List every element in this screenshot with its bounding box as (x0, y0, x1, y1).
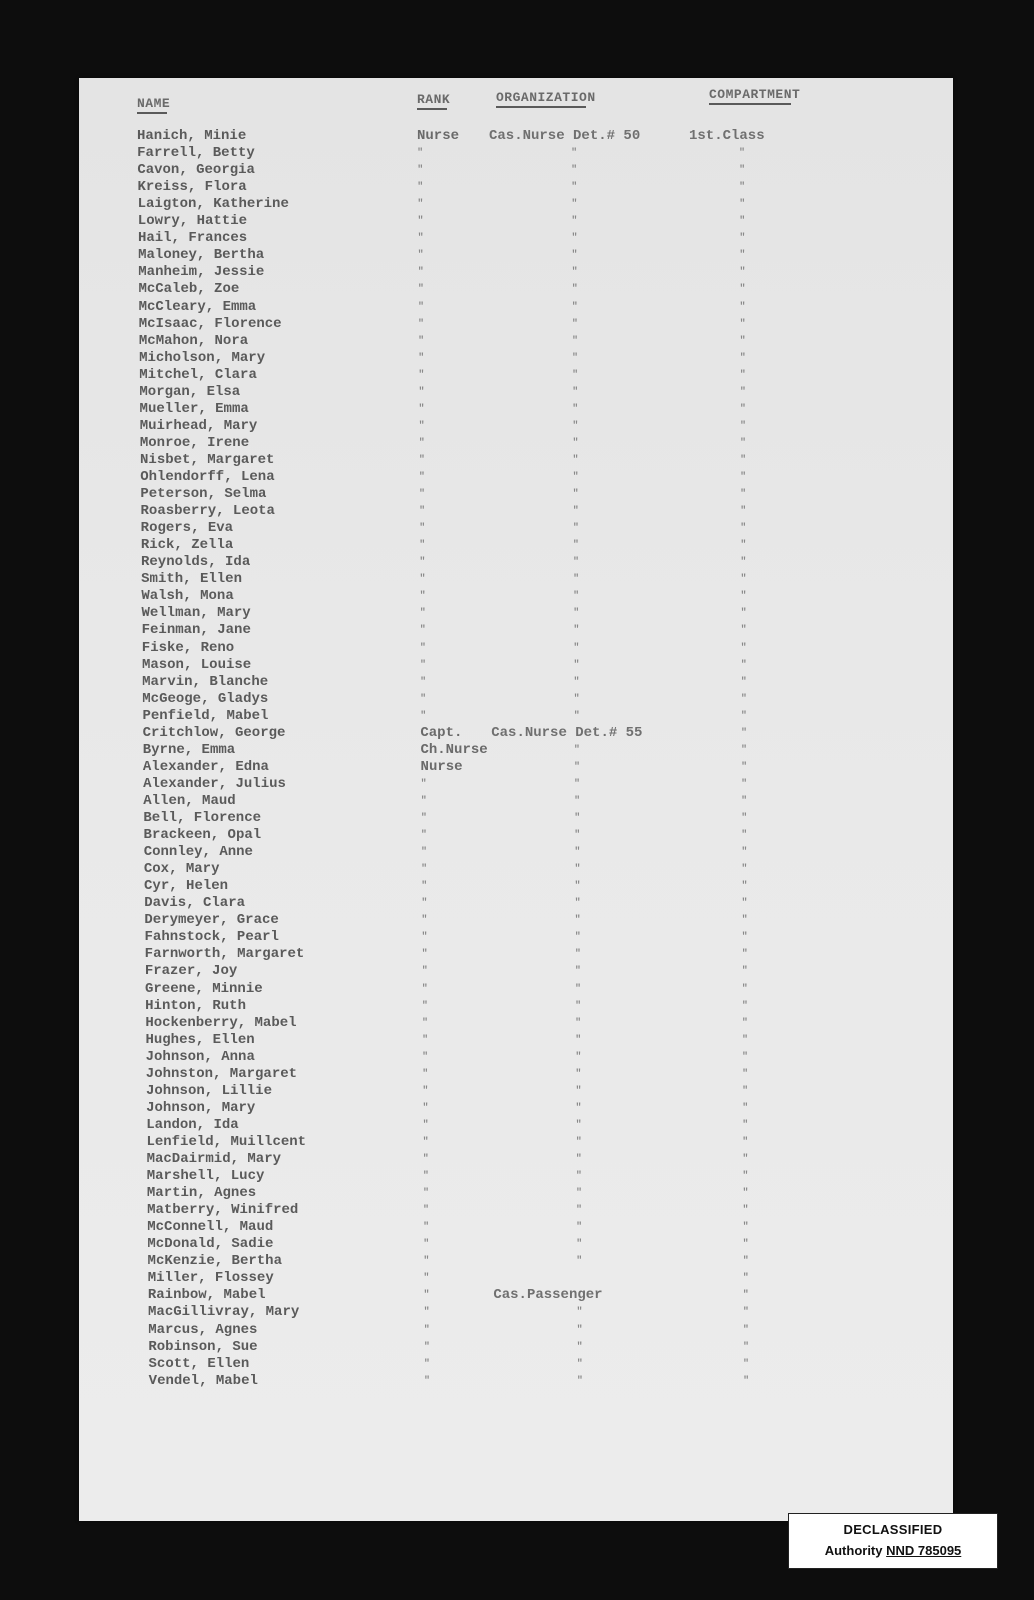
passenger-rank: " (420, 622, 426, 639)
passenger-rank: " (422, 929, 428, 946)
table-row: Marvin, Blanche""" (79, 674, 953, 691)
passenger-rank: Capt. (420, 725, 462, 742)
table-row: Marcus, Agnes""" (79, 1322, 953, 1339)
table-row: Rick, Zella""" (79, 537, 953, 554)
passenger-name: Connley, Anne (144, 844, 253, 861)
passenger-organization: " (575, 1032, 581, 1049)
passenger-organization: " (576, 1168, 582, 1185)
table-row: Mitchel, Clara""" (79, 367, 953, 384)
passenger-organization: Cas.Nurse Det.# 55 (491, 725, 642, 742)
passenger-organization: " (575, 895, 581, 912)
passenger-name: Martin, Agnes (147, 1185, 256, 1202)
passenger-organization: " (574, 776, 580, 793)
passenger-name: Mason, Louise (142, 657, 251, 674)
passenger-name: Farrell, Betty (137, 145, 255, 162)
passenger-rank: " (421, 878, 427, 895)
passenger-name: McDonald, Sadie (147, 1236, 273, 1253)
table-row: Marshell, Lucy""" (79, 1168, 953, 1185)
passenger-organization: " (573, 554, 579, 571)
passenger-compartment: " (742, 981, 748, 998)
passenger-rank: " (421, 861, 427, 878)
table-row: Mueller, Emma""" (79, 401, 953, 418)
passenger-organization: " (575, 1015, 581, 1032)
passenger-compartment: " (740, 384, 746, 401)
passenger-compartment: " (740, 486, 746, 503)
passenger-name: Rick, Zella (141, 537, 233, 554)
table-row: Wellman, Mary""" (79, 605, 953, 622)
passenger-organization: " (573, 657, 579, 674)
passenger-organization: " (574, 844, 580, 861)
passenger-rank: " (418, 264, 424, 281)
passenger-name: MacDairmid, Mary (147, 1151, 281, 1168)
passenger-organization: " (572, 264, 578, 281)
passenger-name: Wellman, Mary (141, 605, 250, 622)
passenger-name: Hughes, Ellen (145, 1032, 254, 1049)
passenger-compartment: " (739, 264, 745, 281)
passenger-organization: " (576, 1134, 582, 1151)
passenger-organization: " (571, 213, 577, 230)
passenger-compartment: " (743, 1270, 749, 1287)
passenger-organization: " (576, 1117, 582, 1134)
passenger-compartment: " (743, 1253, 749, 1270)
passenger-name: Smith, Ellen (141, 571, 242, 588)
passenger-rank: " (418, 316, 424, 333)
passenger-rank: " (422, 1066, 428, 1083)
passenger-name: Kreiss, Flora (137, 179, 246, 196)
passenger-compartment: " (743, 1373, 749, 1390)
passenger-name: Lenfield, Muillcent (146, 1134, 306, 1151)
passenger-compartment: " (740, 316, 746, 333)
table-row: McDonald, Sadie""" (79, 1236, 953, 1253)
table-row: Johnson, Anna""" (79, 1049, 953, 1066)
passenger-name: Morgan, Elsa (139, 384, 240, 401)
passenger-rank: " (424, 1287, 430, 1304)
passenger-compartment: " (739, 145, 745, 162)
table-row: Farrell, Betty""" (79, 145, 953, 162)
passenger-rank: " (422, 1100, 428, 1117)
table-row: McGeoge, Gladys""" (79, 691, 953, 708)
passenger-name: Landon, Ida (146, 1117, 238, 1134)
passenger-name: Nisbet, Margaret (140, 452, 274, 469)
passenger-compartment: " (742, 1100, 748, 1117)
table-row: Johnston, Margaret""" (79, 1066, 953, 1083)
passenger-organization: " (572, 418, 578, 435)
passenger-name: Fahnstock, Pearl (145, 929, 279, 946)
passenger-compartment: " (740, 469, 746, 486)
passenger-name: Mitchel, Clara (139, 367, 257, 384)
passenger-compartment: " (742, 1134, 748, 1151)
passenger-organization: " (576, 1236, 582, 1253)
passenger-compartment: " (742, 912, 748, 929)
passenger-compartment: " (741, 844, 747, 861)
table-row: Hughes, Ellen""" (79, 1032, 953, 1049)
passenger-name: Marvin, Blanche (142, 674, 268, 691)
passenger-compartment: " (739, 162, 745, 179)
passenger-rank: " (424, 1322, 430, 1339)
passenger-rank: " (419, 469, 425, 486)
passenger-rank: " (419, 537, 425, 554)
passenger-rank: " (419, 452, 425, 469)
passenger-organization: " (573, 640, 579, 657)
table-row: Cavon, Georgia""" (79, 162, 953, 179)
passenger-rank: " (423, 1185, 429, 1202)
table-row: McIsaac, Florence""" (79, 316, 953, 333)
table-row: Mason, Louise""" (79, 657, 953, 674)
table-row: McKenzie, Bertha""" (79, 1253, 953, 1270)
passenger-rank: " (423, 1219, 429, 1236)
passenger-rank: " (420, 657, 426, 674)
table-row: Penfield, Mabel""" (79, 708, 953, 725)
passenger-name: Johnson, Mary (146, 1100, 255, 1117)
passenger-compartment: " (743, 1356, 749, 1373)
passenger-organization: " (574, 742, 580, 759)
passenger-organization: " (576, 1219, 582, 1236)
table-row: Alexander, EdnaNurse"" (79, 759, 953, 776)
passenger-organization: Cas.Nurse Det.# 50 (489, 128, 640, 145)
passenger-name: McCleary, Emma (139, 299, 257, 316)
passenger-name: Brackeen, Opal (144, 827, 262, 844)
stamp-authority-label: Authority (825, 1543, 883, 1558)
table-row: Rogers, Eva""" (79, 520, 953, 537)
passenger-name: Feinman, Jane (142, 622, 251, 639)
passenger-compartment: " (742, 963, 748, 980)
passenger-compartment: " (739, 230, 745, 247)
passenger-organization: " (573, 503, 579, 520)
table-row: Frazer, Joy""" (79, 963, 953, 980)
table-row: Connley, Anne""" (79, 844, 953, 861)
table-row: Kreiss, Flora""" (79, 179, 953, 196)
passenger-rank: " (420, 588, 426, 605)
passenger-organization: " (577, 1339, 583, 1356)
passenger-rank: " (422, 1015, 428, 1032)
passenger-compartment: " (740, 503, 746, 520)
table-row: MacDairmid, Mary""" (79, 1151, 953, 1168)
table-row: Greene, Minnie""" (79, 981, 953, 998)
passenger-organization: " (575, 981, 581, 998)
table-row: Johnson, Lillie""" (79, 1083, 953, 1100)
header-rank: RANK (417, 92, 450, 107)
passenger-compartment: " (741, 708, 747, 725)
passenger-name: Muirhead, Mary (140, 418, 258, 435)
passenger-rank: " (418, 281, 424, 298)
passenger-organization: " (575, 878, 581, 895)
table-row: Roasberry, Leota""" (79, 503, 953, 520)
table-row: Alexander, Julius""" (79, 776, 953, 793)
passenger-compartment: " (741, 725, 747, 742)
passenger-name: Fiske, Reno (142, 640, 234, 657)
passenger-compartment: " (742, 1185, 748, 1202)
passenger-compartment: " (741, 674, 747, 691)
passenger-organization: " (573, 520, 579, 537)
passenger-name: Hanich, Minie (137, 128, 246, 145)
passenger-organization: " (572, 350, 578, 367)
table-row: Smith, Ellen""" (79, 571, 953, 588)
passenger-name: Maloney, Bertha (138, 247, 264, 264)
passenger-compartment: " (743, 1322, 749, 1339)
passenger-compartment: " (742, 1151, 748, 1168)
passenger-name: McMahon, Nora (139, 333, 248, 350)
passenger-rank: " (423, 1151, 429, 1168)
table-row: Derymeyer, Grace""" (79, 912, 953, 929)
passenger-compartment: " (741, 810, 747, 827)
passenger-rank: Nurse (417, 128, 459, 145)
passenger-rank: " (419, 571, 425, 588)
header-compartment: COMPARTMENT (709, 87, 800, 102)
passenger-rank: " (423, 1202, 429, 1219)
passenger-organization: " (572, 299, 578, 316)
passenger-organization: Cas.Passenger (493, 1287, 602, 1304)
passenger-rank: Ch.Nurse (420, 742, 487, 759)
passenger-name: Frazer, Joy (145, 963, 237, 980)
passenger-organization: " (577, 1373, 583, 1390)
passenger-rank: " (419, 486, 425, 503)
passenger-rank: " (423, 1117, 429, 1134)
passenger-organization: " (574, 793, 580, 810)
stamp-authority: Authority NND 785095 (789, 1543, 997, 1558)
passenger-name: Walsh, Mona (141, 588, 233, 605)
table-row: Monroe, Irene""" (79, 435, 953, 452)
passenger-organization: " (575, 1083, 581, 1100)
passenger-organization: " (573, 486, 579, 503)
passenger-name: Allen, Maud (143, 793, 235, 810)
passenger-rank: " (419, 418, 425, 435)
passenger-rank: " (423, 1270, 429, 1287)
passenger-rank: " (418, 350, 424, 367)
table-row: Farnworth, Margaret""" (79, 946, 953, 963)
passenger-compartment: " (742, 1066, 748, 1083)
passenger-organization: " (571, 162, 577, 179)
table-row: Hockenberry, Mabel""" (79, 1015, 953, 1032)
passenger-organization: " (571, 196, 577, 213)
passenger-compartment: " (739, 179, 745, 196)
passenger-name: Lowry, Hattie (138, 213, 247, 230)
passenger-name: Johnston, Margaret (146, 1066, 297, 1083)
passenger-compartment: " (740, 401, 746, 418)
table-row: Hanich, MinieNurseCas.Nurse Det.# 501st.… (79, 128, 953, 145)
passenger-rank: " (424, 1304, 430, 1321)
passenger-name: Vendel, Mabel (149, 1373, 258, 1390)
passenger-rank: " (417, 179, 423, 196)
passenger-name: Peterson, Selma (140, 486, 266, 503)
passenger-organization: " (572, 367, 578, 384)
passenger-organization: " (577, 1322, 583, 1339)
passenger-organization: " (574, 691, 580, 708)
table-row: Scott, Ellen""" (79, 1356, 953, 1373)
passenger-organization: " (573, 588, 579, 605)
table-row: Manheim, Jessie""" (79, 264, 953, 281)
passenger-name: Rogers, Eva (141, 520, 233, 537)
table-row: Hinton, Ruth""" (79, 998, 953, 1015)
passenger-compartment: " (742, 895, 748, 912)
passenger-rank: " (422, 1083, 428, 1100)
passenger-compartment: 1st.Class (689, 128, 765, 145)
passenger-rank: " (421, 776, 427, 793)
passenger-organization: " (574, 708, 580, 725)
passenger-organization: " (576, 1185, 582, 1202)
table-row: Byrne, EmmaCh.Nurse"" (79, 742, 953, 759)
header-organization: ORGANIZATION (496, 90, 596, 105)
table-row: Ohlendorff, Lena""" (79, 469, 953, 486)
passenger-name: Matberry, Winifred (147, 1202, 298, 1219)
passenger-rank: " (424, 1356, 430, 1373)
passenger-name: Ohlendorff, Lena (140, 469, 274, 486)
passenger-organization: " (577, 1356, 583, 1373)
table-row: Martin, Agnes""" (79, 1185, 953, 1202)
passenger-name: Penfield, Mabel (142, 708, 268, 725)
passenger-name: Reynolds, Ida (141, 554, 250, 571)
passenger-compartment: " (741, 759, 747, 776)
table-row: Laigton, Katherine""" (79, 196, 953, 213)
passenger-organization: " (576, 1151, 582, 1168)
passenger-organization: " (572, 384, 578, 401)
passenger-organization: " (572, 435, 578, 452)
passenger-rank: " (418, 230, 424, 247)
passenger-compartment: " (743, 1202, 749, 1219)
passenger-organization: " (573, 469, 579, 486)
passenger-compartment: " (740, 520, 746, 537)
table-row: Lowry, Hattie""" (79, 213, 953, 230)
table-row: Bell, Florence""" (79, 810, 953, 827)
table-row: Brackeen, Opal""" (79, 827, 953, 844)
passenger-compartment: " (741, 640, 747, 657)
passenger-organization: " (574, 759, 580, 776)
table-row: Rainbow, Mabel"Cas.Passenger" (79, 1287, 953, 1304)
passenger-name: Johnson, Lillie (146, 1083, 272, 1100)
table-row: Fahnstock, Pearl""" (79, 929, 953, 946)
passenger-compartment: " (740, 435, 746, 452)
passenger-compartment: " (742, 1032, 748, 1049)
passenger-organization: " (574, 810, 580, 827)
passenger-name: Derymeyer, Grace (144, 912, 278, 929)
passenger-rank: " (418, 299, 424, 316)
passenger-organization: " (573, 537, 579, 554)
passenger-compartment: " (740, 452, 746, 469)
passenger-name: Monroe, Irene (140, 435, 249, 452)
passenger-organization: " (571, 179, 577, 196)
table-row: Feinman, Jane""" (79, 622, 953, 639)
header-name: NAME (137, 96, 170, 111)
passenger-rank: " (417, 196, 423, 213)
table-row: McConnell, Maud""" (79, 1219, 953, 1236)
table-row: McMahon, Nora""" (79, 333, 953, 350)
passenger-organization: " (571, 230, 577, 247)
passenger-compartment: " (741, 691, 747, 708)
table-row: Miller, Flossey"" (79, 1270, 953, 1287)
passenger-compartment: " (740, 571, 746, 588)
passenger-name: Laigton, Katherine (138, 196, 289, 213)
table-row: Matberry, Winifred""" (79, 1202, 953, 1219)
passenger-rank: " (423, 1168, 429, 1185)
passenger-rank: " (418, 367, 424, 384)
passenger-name: Micholson, Mary (139, 350, 265, 367)
table-row: Robinson, Sue""" (79, 1339, 953, 1356)
passenger-rank: " (419, 520, 425, 537)
passenger-compartment: " (741, 622, 747, 639)
passenger-name: Alexander, Edna (143, 759, 269, 776)
passenger-rank: " (420, 674, 426, 691)
passenger-compartment: " (740, 554, 746, 571)
passenger-rank: " (420, 640, 426, 657)
passenger-organization: " (575, 912, 581, 929)
passenger-organization: " (572, 281, 578, 298)
table-row: Vendel, Mabel""" (79, 1373, 953, 1390)
passenger-compartment: " (742, 1117, 748, 1134)
passenger-name: Miller, Flossey (148, 1270, 274, 1287)
table-row: Walsh, Mona""" (79, 588, 953, 605)
passenger-compartment: " (742, 998, 748, 1015)
passenger-compartment: " (739, 247, 745, 264)
passenger-organization: " (576, 1100, 582, 1117)
passenger-name: Marshell, Lucy (147, 1168, 265, 1185)
passenger-rank: " (419, 435, 425, 452)
passenger-compartment: " (741, 588, 747, 605)
passenger-rank: " (420, 691, 426, 708)
passenger-compartment: " (741, 793, 747, 810)
passenger-compartment: " (742, 1049, 748, 1066)
passenger-name: Johnson, Anna (146, 1049, 255, 1066)
passenger-compartment: " (740, 537, 746, 554)
passenger-organization: " (577, 1304, 583, 1321)
table-row: Johnson, Mary""" (79, 1100, 953, 1117)
passenger-compartment: " (739, 196, 745, 213)
passenger-organization: " (575, 946, 581, 963)
passenger-name: MacGillivray, Mary (148, 1304, 299, 1321)
passenger-compartment: " (740, 299, 746, 316)
passenger-organization: " (573, 622, 579, 639)
table-row: Peterson, Selma""" (79, 486, 953, 503)
passenger-rank: " (418, 247, 424, 264)
passenger-name: Scott, Ellen (149, 1356, 250, 1373)
passenger-name: Hail, Frances (138, 230, 247, 247)
passenger-compartment: " (740, 367, 746, 384)
passenger-compartment: " (741, 657, 747, 674)
passenger-name: Bell, Florence (143, 810, 261, 827)
passenger-rank: Nurse (421, 759, 463, 776)
passenger-compartment: " (741, 878, 747, 895)
passenger-organization: " (573, 571, 579, 588)
passenger-compartment: " (740, 281, 746, 298)
passenger-organization: " (572, 316, 578, 333)
passenger-rank: " (421, 912, 427, 929)
passenger-rank: " (424, 1373, 430, 1390)
passenger-rank: " (419, 554, 425, 571)
document-page: NAME RANK ORGANIZATION COMPARTMENT Hanic… (79, 78, 953, 1521)
table-row: Allen, Maud""" (79, 793, 953, 810)
passenger-organization: " (572, 247, 578, 264)
passenger-compartment: " (741, 605, 747, 622)
passenger-rank: " (424, 1339, 430, 1356)
passenger-rank: " (421, 810, 427, 827)
passenger-compartment: " (741, 861, 747, 878)
passenger-organization: " (572, 333, 578, 350)
passenger-organization: " (574, 827, 580, 844)
passenger-rank: " (422, 981, 428, 998)
passenger-organization: " (573, 452, 579, 469)
table-row: Micholson, Mary""" (79, 350, 953, 367)
table-row: Landon, Ida""" (79, 1117, 953, 1134)
passenger-rank: " (421, 793, 427, 810)
passenger-name: Rainbow, Mabel (148, 1287, 266, 1304)
passenger-name: Cavon, Georgia (137, 162, 255, 179)
table-row: Maloney, Bertha""" (79, 247, 953, 264)
passenger-organization: " (575, 1066, 581, 1083)
passenger-rank: " (421, 827, 427, 844)
passenger-rank: " (423, 1134, 429, 1151)
passenger-organization: " (575, 963, 581, 980)
passenger-name: Manheim, Jessie (138, 264, 264, 281)
passenger-organization: " (575, 1049, 581, 1066)
passenger-rank: " (419, 503, 425, 520)
